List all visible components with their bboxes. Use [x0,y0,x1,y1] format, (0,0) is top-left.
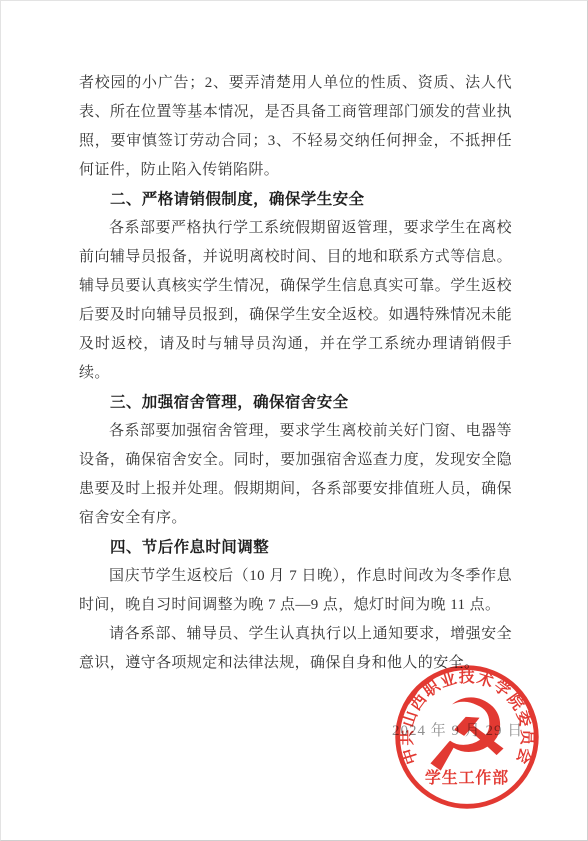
document-page: 者校园的小广告；2、要弄清楚用人单位的性质、资质、法人代表、所在位置等基本情况，… [0,0,588,841]
body-paragraph: 各系部要严格执行学工系统假期留返管理，要求学生在离校前向辅导员报备，并说明离校时… [79,214,512,388]
notice-body: 者校园的小广告；2、要弄清楚用人单位的性质、资质、法人代表、所在位置等基本情况，… [79,69,512,678]
section-heading: 四、节后作息时间调整 [79,533,512,562]
section-heading: 二、严格请销假制度，确保学生安全 [79,185,512,214]
body-paragraph: 国庆节学生返校后（10 月 7 日晚），作息时间改为冬季作息时间，晚自习时间调整… [79,562,512,620]
section-heading: 三、加强宿舍管理，确保宿舍安全 [79,388,512,417]
body-paragraph: 各系部要加强宿舍管理，要求学生离校前关好门窗、电器等设备，确保宿舍安全。同时，要… [79,417,512,533]
seal-department-text: 学生工作部 [425,768,509,787]
official-seal: 中共山西职业技术学院委员会 ☭ 学生工作部 [389,660,545,814]
seal-graphic: 中共山西职业技术学院委员会 ☭ 学生工作部 [389,660,545,814]
body-paragraph: 者校园的小广告；2、要弄清楚用人单位的性质、资质、法人代表、所在位置等基本情况，… [79,69,512,185]
